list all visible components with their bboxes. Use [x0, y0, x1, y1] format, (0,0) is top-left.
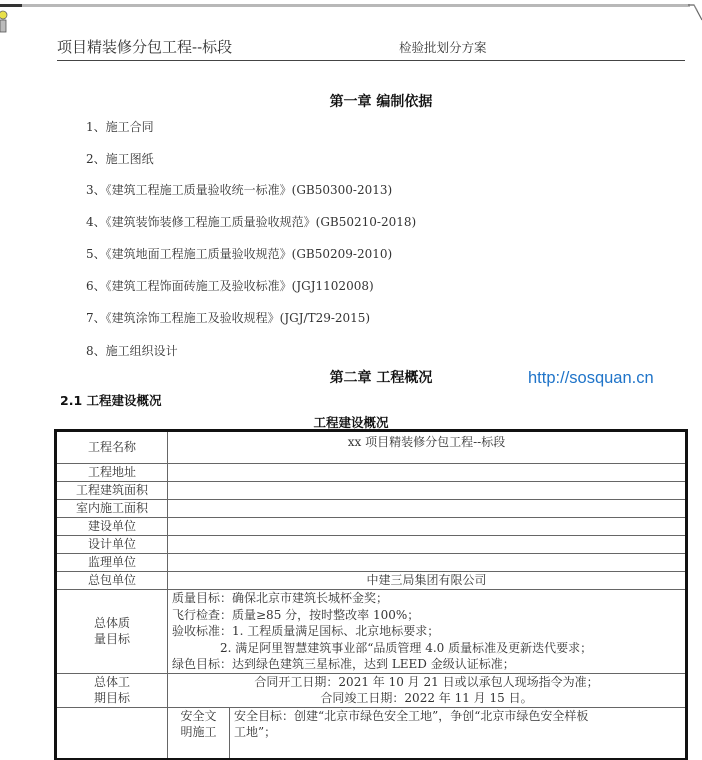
basis-item-5: 5、《建筑地面工程施工质量验收规范》(GB50209-2010): [86, 245, 392, 262]
label-safety-line-1: 安全文: [172, 708, 225, 725]
label-schedule-goals-line-2: 期目标: [61, 690, 163, 707]
value-supervisor: [168, 554, 687, 572]
value-schedule-goals: 合同开工日期：2021 年 10 月 21 日或以承包人现场指令为准； 合同竣工…: [168, 673, 687, 707]
green-goal-line: 绿色目标：达到绿色建筑三星标准，达到 LEED 金级认证标准；: [172, 656, 681, 673]
value-building-area: [168, 482, 687, 500]
label-building-area: 工程建筑面积: [56, 482, 168, 500]
table-row-quality-goals: 总体质 量目标 质量目标：确保北京市建筑长城杯金奖； 飞行检查：质量≥85 分，…: [56, 590, 687, 674]
table-row-schedule-goals: 总体工 期目标 合同开工日期：2021 年 10 月 21 日或以承包人现场指令…: [56, 673, 687, 707]
safety-goal-line-1: 安全目标：创建“北京市绿色安全工地”，争创“北京市绿色安全样板: [234, 708, 681, 725]
flight-check-line: 飞行检查：质量≥85 分，按时整改率 100%；: [172, 607, 681, 624]
label-schedule-goals: 总体工 期目标: [56, 673, 168, 707]
acceptance-standard-line-2: 2. 满足阿里智慧建筑事业部“品质管理 4.0 质量标准及更新迭代要求；: [172, 640, 681, 657]
page-curl-icon: [688, 4, 702, 22]
acceptance-standard-line-1: 验收标准：1. 工程质量满足国标、北京地标要求；: [172, 623, 681, 640]
label-general-contractor: 总包单位: [56, 572, 168, 590]
basis-item-4: 4、《建筑装饰装修工程施工质量验收规范》(GB50210-2018): [86, 213, 416, 230]
value-client: [168, 518, 687, 536]
label-quality-goals-line-1: 总体质: [61, 615, 163, 632]
basis-item-6: 6、《建筑工程饰面砖施工及验收标准》(JGJ1102008): [86, 277, 374, 294]
label-address: 工程地址: [56, 464, 168, 482]
table-row-interior-area: 室内施工面积: [56, 500, 687, 518]
label-interior-area: 室内施工面积: [56, 500, 168, 518]
page-top-rule: [0, 4, 690, 7]
section-2-1-title: 2.1 工程建设概况: [60, 391, 162, 409]
decorative-figure-icon: [0, 6, 8, 34]
table-row-supervisor: 监理单位: [56, 554, 687, 572]
quality-goal-line: 质量目标：确保北京市建筑长城杯金奖；: [172, 590, 681, 607]
label-schedule-goals-line-1: 总体工: [61, 674, 163, 691]
label-safety-line-2: 明施工: [172, 724, 225, 741]
basis-item-3: 3、《建筑工程施工质量验收统一标准》(GB50300-2013): [86, 181, 392, 198]
label-quality-goals-line-2: 量目标: [61, 631, 163, 648]
table-row-designer: 设计单位: [56, 536, 687, 554]
chapter-1-title: 第一章 编制依据: [0, 91, 702, 111]
value-interior-area: [168, 500, 687, 518]
table-row-client: 建设单位: [56, 518, 687, 536]
completion-date-line: 合同竣工日期：2022 年 11 月 15 日。: [172, 690, 681, 707]
value-project-name: xx 项目精装修分包工程--标段: [168, 431, 687, 464]
value-safety-goals: 安全目标：创建“北京市绿色安全工地”，争创“北京市绿色安全样板 工地”；: [230, 707, 687, 759]
value-general-contractor: 中建三局集团有限公司: [168, 572, 687, 590]
header-project-title: 项目精装修分包工程--标段: [57, 36, 232, 57]
table-row-building-area: 工程建筑面积: [56, 482, 687, 500]
start-date-line: 合同开工日期：2021 年 10 月 21 日或以承包人现场指令为准；: [172, 674, 681, 691]
value-address: [168, 464, 687, 482]
label-safety-group: [56, 707, 168, 759]
basis-item-1: 1、施工合同: [86, 118, 154, 135]
watermark-url: http://sosquan.cn: [528, 369, 654, 388]
label-designer: 设计单位: [56, 536, 168, 554]
page-header: 项目精装修分包工程--标段 检验批划分方案: [57, 36, 685, 61]
table-row-address: 工程地址: [56, 464, 687, 482]
label-project-name: 工程名称: [56, 431, 168, 464]
basis-item-7: 7、《建筑涂饰工程施工及验收规程》(JGJ/T29-2015): [86, 309, 370, 326]
label-supervisor: 监理单位: [56, 554, 168, 572]
basis-item-2: 2、施工图纸: [86, 150, 154, 167]
value-quality-goals: 质量目标：确保北京市建筑长城杯金奖； 飞行检查：质量≥85 分，按时整改率 10…: [168, 590, 687, 674]
safety-goal-line-2: 工地”；: [234, 724, 681, 741]
basis-item-8: 8、施工组织设计: [86, 342, 178, 359]
value-designer: [168, 536, 687, 554]
label-quality-goals: 总体质 量目标: [56, 590, 168, 674]
label-client: 建设单位: [56, 518, 168, 536]
table-row-project-name: 工程名称 xx 项目精装修分包工程--标段: [56, 431, 687, 464]
header-doc-title: 检验批划分方案: [399, 38, 487, 56]
table-row-safety: 安全文 明施工 安全目标：创建“北京市绿色安全工地”，争创“北京市绿色安全样板 …: [56, 707, 687, 759]
label-safety-civilized: 安全文 明施工: [168, 707, 230, 759]
project-overview-table: 工程名称 xx 项目精装修分包工程--标段 工程地址 工程建筑面积 室内施工面积…: [54, 429, 688, 760]
table-row-general-contractor: 总包单位 中建三局集团有限公司: [56, 572, 687, 590]
